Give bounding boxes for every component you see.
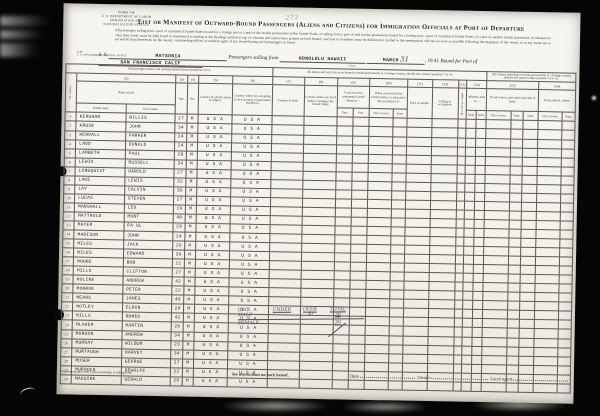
sex-cell: M: [187, 133, 198, 142]
row-number: 16: [62, 248, 73, 257]
sex-cell: M: [186, 169, 197, 178]
arr-date-cell: [335, 190, 351, 199]
row-number: 28: [60, 356, 71, 365]
age-cell: 34: [175, 123, 187, 132]
age-cell: 28: [175, 150, 187, 159]
tally-male-under: [268, 313, 296, 318]
nat-state-cell: [561, 203, 574, 212]
occupation-cell: [429, 282, 455, 292]
col-header-naturalized: If naturalized, where.: [538, 90, 575, 113]
nb-date-cell: [521, 229, 536, 238]
married-cell: [454, 282, 463, 291]
race-cell: [405, 209, 430, 218]
read-cell: [462, 337, 472, 346]
sex-cell: M: [186, 178, 197, 187]
row-number: 20: [62, 284, 73, 293]
sex-cell: M: [182, 359, 193, 368]
nb-date-cell: [520, 265, 535, 274]
sex-cell: M: [186, 160, 197, 169]
nb-city-cell: [481, 382, 505, 391]
sex-cell: M: [183, 332, 194, 341]
nb-city-cell: [484, 256, 508, 265]
occupation-cell: [429, 255, 455, 265]
nb-date-cell: [518, 383, 533, 392]
arr-date-cell: [332, 380, 348, 389]
race-cell: [406, 182, 431, 191]
left-city-cell: [365, 308, 389, 317]
nb-state-cell: [508, 274, 521, 283]
age-cell: 29: [173, 241, 185, 250]
age-cell: 27: [172, 268, 184, 277]
age-cell: 27: [174, 169, 186, 178]
arr-port-cell: [351, 217, 367, 226]
read-cell: [463, 310, 473, 319]
nb-state-cell: [507, 338, 520, 347]
col-num-3: (3): [176, 75, 188, 83]
row-number: 11: [63, 203, 74, 212]
married-cell: [456, 192, 465, 201]
nb-date-cell: [522, 175, 537, 184]
nb-state-cell: [509, 220, 522, 229]
nb-state-cell: [510, 139, 523, 148]
sub-nat-state: State.: [562, 112, 575, 121]
row-number: 2: [65, 121, 76, 130]
married-cell: [453, 355, 462, 364]
nat-city-cell: [534, 329, 558, 338]
sex-cell: M: [187, 114, 198, 123]
nb-state-cell: [510, 120, 523, 129]
race-cell: [406, 146, 431, 155]
sex-cell: M: [185, 205, 196, 214]
occupation-cell: [431, 137, 457, 147]
nb-city-cell: [484, 219, 508, 228]
arr-date-cell: [335, 199, 351, 208]
left-state-cell: [391, 263, 405, 272]
left-state-cell: [389, 344, 403, 353]
nb-date-cell: [521, 220, 536, 229]
arr-date-cell: [336, 162, 352, 171]
sex-cell: M: [184, 268, 195, 277]
read-cell: [464, 246, 474, 255]
nat-city-cell: [537, 175, 561, 184]
given-name-cell: GERALD: [121, 376, 171, 386]
ss-label: S. S.: [99, 52, 108, 58]
age-cell: 27: [175, 114, 187, 123]
sex-cell: M: [184, 277, 195, 286]
race-cell: [405, 236, 430, 245]
age-cell: 34: [171, 349, 183, 358]
row-number: 22: [61, 302, 72, 311]
occupation-cell: [431, 173, 457, 183]
left-state-cell: [391, 218, 405, 227]
arr-port-cell: [352, 154, 368, 163]
nat-state-cell: [562, 139, 575, 148]
read-cell: [466, 129, 476, 138]
nb-date-cell: [520, 311, 535, 320]
nb-date-cell: [519, 347, 534, 356]
left-state-cell: [389, 335, 403, 344]
nb-date-cell: [519, 329, 534, 338]
date-month: MARCH: [383, 58, 399, 63]
nb-state-cell: [509, 229, 522, 238]
race-cell: [407, 128, 432, 137]
married-cell: [455, 264, 464, 273]
read-cell: [463, 273, 473, 282]
occupation-cell: [428, 327, 454, 337]
left-city-cell: [367, 244, 391, 253]
occupation-cell: [430, 218, 456, 228]
left-city-cell: [369, 136, 393, 145]
nat-city-cell: [535, 266, 559, 275]
occupation-cell: [428, 336, 454, 346]
arr-port-cell: [351, 226, 367, 235]
nb-date-cell: [521, 247, 536, 256]
write-cell: [475, 201, 485, 210]
nb-state-cell: [509, 193, 522, 202]
race-cell: [402, 381, 427, 390]
row-number: 30: [60, 375, 71, 384]
arr-port-cell: [350, 289, 366, 298]
read-cell: [462, 364, 472, 373]
left-state-cell: [391, 245, 405, 254]
tally-male-label: MALE: [238, 313, 268, 318]
sub-nat-city: City or town.: [538, 112, 562, 121]
nb-state-cell: [509, 202, 522, 211]
age-cell: 34: [171, 331, 183, 340]
sex-cell: M: [184, 286, 195, 295]
nb-state-cell: [508, 283, 521, 292]
nb-date-cell: [522, 202, 537, 211]
read-cell: [462, 346, 472, 355]
married-cell: [456, 183, 465, 192]
row-number: 21: [62, 293, 73, 302]
nb-state-cell: [507, 292, 520, 301]
married-cell: [454, 291, 463, 300]
nb-date-cell: [521, 238, 536, 247]
film-streak: [0, 43, 40, 57]
age-cell: 42: [172, 313, 184, 322]
sex-cell: M: [182, 377, 193, 386]
nb-date-cell: [519, 320, 534, 329]
read-cell: [466, 147, 476, 156]
manifest-table-wrap: All passengers (aliens and citizens) sho…: [60, 63, 577, 393]
nat-state-cell: [558, 338, 571, 347]
nat-city-cell: [535, 248, 559, 257]
family-name-cell: MAGUIRE: [71, 375, 121, 385]
race-cell: [406, 191, 431, 200]
nat-city-cell: [537, 166, 561, 175]
date-blank: [360, 373, 415, 379]
left-city-cell: [366, 281, 390, 290]
write-cell: [472, 364, 482, 373]
col-header-sex: Sex.: [187, 83, 198, 114]
left-city-cell: [367, 235, 391, 244]
sex-cell: M: [183, 350, 194, 359]
agent-blank: [513, 376, 568, 382]
age-cell: 27: [171, 358, 183, 367]
nb-state-cell: [506, 383, 519, 392]
left-city-cell: [368, 190, 392, 199]
nb-state-cell: [510, 166, 523, 175]
nat-city-cell: [535, 275, 559, 284]
left-city-cell: [366, 263, 390, 272]
married-cell: [457, 128, 466, 137]
nb-city-cell: [486, 138, 510, 147]
arr-date-cell: [336, 171, 352, 180]
sub-arr-port: Port.: [353, 109, 369, 118]
nb-city-cell: [486, 147, 510, 156]
film-smudge: [340, 402, 430, 412]
sub-arr-date: Date.: [337, 108, 353, 117]
arr-date-cell: [334, 262, 350, 271]
arr-port-cell: [352, 145, 368, 154]
row-number: 3: [65, 130, 76, 139]
nb-state-cell: [510, 129, 523, 138]
arr-date-cell: [334, 235, 350, 244]
nat-city-cell: [533, 356, 557, 365]
occupation-cell: [427, 345, 453, 355]
pencil-page-number: 273: [285, 13, 299, 21]
write-cell: [474, 255, 484, 264]
age-cell: 29: [172, 304, 184, 313]
col-header-last-arrival: *Last arrival in continental United Stat…: [337, 86, 370, 109]
row-number: 4: [64, 139, 75, 148]
arr-date-cell: [334, 253, 350, 262]
left-city-cell: [366, 290, 390, 299]
arr-date-cell: [334, 280, 350, 289]
married-cell: [456, 210, 465, 219]
left-state-cell: [392, 209, 406, 218]
write-cell: [473, 301, 483, 310]
nb-date-cell: [522, 166, 537, 175]
row-number: 14: [63, 230, 74, 239]
nat-state-cell: [560, 230, 573, 239]
citizen-cell: U S A: [193, 377, 228, 387]
nat-state-cell: [561, 194, 574, 203]
sub-left-city: City or town.: [369, 109, 393, 118]
write-cell: [475, 165, 485, 174]
arr-date-cell: [336, 153, 352, 162]
nat-city-cell: [534, 347, 558, 356]
lived-before-cell: [299, 379, 332, 389]
arr-port-cell: [352, 172, 368, 181]
date-field: MARCH 31: [367, 55, 425, 65]
nb-state-cell: [507, 301, 520, 310]
arr-date-cell: [332, 361, 348, 370]
write-cell: [476, 138, 486, 147]
nb-state-cell: [508, 256, 521, 265]
occupation-cell: [428, 291, 454, 301]
write-cell: [472, 355, 482, 364]
race-cell: [405, 245, 430, 254]
nb-city-cell: [482, 328, 506, 337]
nat-city-cell: [537, 157, 561, 166]
read-cell: [465, 156, 475, 165]
left-state-cell: [390, 290, 404, 299]
nb-city-cell: [486, 120, 510, 129]
age-cell: 29: [171, 322, 183, 331]
arr-date-cell: [334, 244, 350, 253]
read-cell: [466, 120, 476, 129]
arr-date-cell: [333, 289, 349, 298]
married-cell: [457, 165, 466, 174]
left-state-cell: [391, 227, 405, 236]
nat-state-cell: [558, 320, 571, 329]
nat-city-cell: [536, 239, 560, 248]
sailing-from-field: HONOLULU HAWAII: [280, 55, 366, 64]
left-state-cell: [389, 353, 403, 362]
col-header-lived-before: Country where you lived before coming to…: [304, 86, 337, 118]
age-cell: 39: [173, 250, 185, 259]
nb-city-cell: [482, 337, 506, 346]
nat-state-cell: [558, 329, 571, 338]
left-state-cell: [390, 308, 404, 317]
race-cell: [405, 218, 430, 227]
row-number: 17: [62, 257, 73, 266]
write-cell: [473, 283, 483, 292]
sex-cell: M: [183, 313, 194, 322]
left-state-cell: [393, 127, 407, 136]
sub-nb-city: City or town.: [486, 111, 510, 120]
write-cell: [474, 228, 484, 237]
read-cell: [463, 291, 473, 300]
read-cell: [464, 210, 474, 219]
row-number: 9: [64, 185, 75, 194]
left-city-cell: [366, 272, 390, 281]
nb-state-cell: [507, 328, 520, 337]
nb-city-cell: [483, 283, 507, 292]
arr-port-cell: [350, 262, 366, 271]
left-city-cell: [368, 181, 392, 190]
married-cell: [456, 219, 465, 228]
nb-city-cell: [485, 174, 509, 183]
race-cell: [402, 363, 427, 372]
occupation-cell: [427, 363, 453, 373]
occupation-cell: [431, 128, 457, 138]
married-label: Married or single.: [460, 91, 464, 115]
nat-state-cell: [560, 221, 573, 230]
left-state-cell: [393, 154, 407, 163]
nb-state-cell: [506, 347, 519, 356]
race-cell: [403, 336, 428, 345]
left-city-cell: [368, 172, 392, 181]
nb-city-cell: [484, 247, 508, 256]
sex-cell: M: [183, 341, 194, 350]
sub-left-state: State.: [393, 109, 407, 118]
married-cell: [456, 201, 465, 210]
nb-state-cell: [510, 148, 523, 157]
row-number: 6: [64, 157, 75, 166]
read-cell: [466, 138, 476, 147]
col-header-birth: Country of birth.: [272, 85, 304, 117]
nat-city-cell: [534, 338, 558, 347]
occupation-cell: [430, 191, 456, 201]
race-cell: [404, 290, 429, 299]
arr-port-cell: [351, 190, 367, 199]
sex-cell: M: [184, 250, 195, 259]
write-cell: [476, 120, 486, 129]
row-number: 26: [61, 338, 72, 347]
sex-cell: M: [186, 142, 197, 151]
arr-port-cell: [350, 253, 366, 262]
left-city-cell: [365, 335, 389, 344]
race-cell: [404, 263, 429, 272]
left-state-cell: [392, 173, 406, 182]
ship-name: MATSONIA: [155, 54, 181, 59]
arr-port-cell: [350, 244, 366, 253]
row-number: 24: [61, 320, 72, 329]
nb-city-cell: [483, 319, 507, 328]
nb-date-cell: [520, 293, 535, 302]
nb-city-cell: [484, 265, 508, 274]
nb-state-cell: [508, 238, 521, 247]
col-header-native-born: If native born, give place and date of b…: [487, 89, 539, 112]
occupation-cell: [430, 209, 456, 219]
write-cell: [472, 319, 482, 328]
married-cell: [455, 246, 464, 255]
read-cell: [463, 282, 473, 291]
arr-port-cell: [353, 118, 369, 127]
age-cell: 40: [172, 295, 184, 304]
married-cell: [457, 147, 466, 156]
arr-date-cell: [336, 126, 352, 135]
age-cell: 29: [173, 223, 185, 232]
nb-city-cell: [483, 310, 507, 319]
sex-cell: M: [183, 304, 194, 313]
race-cell: [404, 281, 429, 290]
nat-city-cell: [535, 257, 559, 266]
write-cell: [473, 310, 483, 319]
nb-city-cell: [483, 274, 507, 283]
write-cell: [471, 382, 481, 391]
nb-state-cell: [508, 247, 521, 256]
write-cell: [473, 265, 483, 274]
left-city-cell: [365, 353, 389, 362]
sub-nb-date: Date.: [523, 112, 538, 121]
nb-city-cell: [482, 355, 506, 364]
nb-date-cell: [523, 121, 538, 130]
arr-port-cell: [351, 235, 367, 244]
sub-nb-state: State.: [511, 111, 524, 120]
race-cell: [407, 119, 432, 128]
sex-cell: M: [184, 295, 195, 304]
film-streak: [0, 16, 52, 26]
write-cell: [472, 346, 482, 355]
nat-city-cell: [536, 202, 560, 211]
nat-state-cell: [561, 185, 574, 194]
row-number: 18: [62, 266, 73, 275]
nat-state-cell: [559, 266, 572, 275]
sex-cell: M: [185, 214, 196, 223]
nb-date-cell: [521, 211, 536, 220]
write-cell: [473, 292, 483, 301]
arr-port-cell: [352, 163, 368, 172]
row-number: 15: [63, 239, 74, 248]
married-cell: [453, 346, 462, 355]
nb-date-cell: [523, 148, 538, 157]
arr-date-cell: [333, 298, 349, 307]
nb-date-cell: [520, 283, 535, 292]
row-number: 23: [61, 311, 72, 320]
nb-city-cell: [482, 364, 506, 373]
nat-city-cell: [537, 184, 561, 193]
nat-state-cell: [561, 176, 574, 185]
sex-cell: M: [187, 124, 198, 133]
race-cell: [407, 137, 432, 146]
left-city-cell: [368, 145, 392, 154]
left-city-cell: [367, 208, 391, 217]
sub-read: Read.: [466, 111, 476, 120]
